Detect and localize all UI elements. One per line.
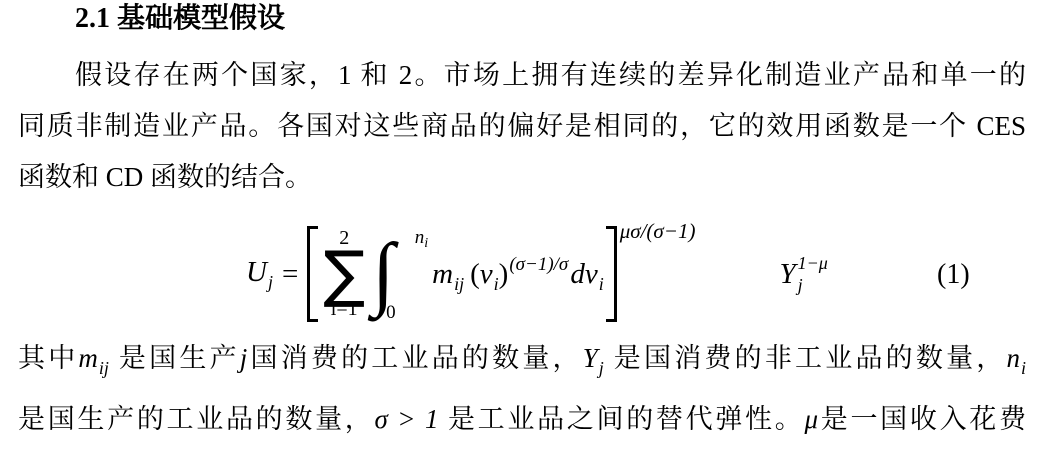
m-inline-subscript: ij xyxy=(99,358,109,378)
text-segment: 其中 xyxy=(18,343,78,373)
section-heading: 2.1 基础模型假设 xyxy=(75,2,285,36)
Y-superscript: 1−μ xyxy=(798,253,828,275)
mu-inline-variable: μ xyxy=(804,404,818,434)
Y-inline-variable: Y xyxy=(583,343,598,373)
summation-term: 2 ∑ i=1 xyxy=(323,228,365,321)
paragraph1-line2: 同质非制造业产品。各国对这些商品的偏好是相同的，它的效用函数是一个 CES xyxy=(18,108,1026,144)
outer-exponent: μσ/(σ−1) xyxy=(620,221,696,242)
integral-lower-limit: 0 xyxy=(386,303,396,322)
integral-term: ∫ ni 0 xyxy=(370,220,430,328)
n-inline-subscript: i xyxy=(1021,358,1026,378)
text-segment: 是一国收入花费 xyxy=(818,404,1026,434)
text-segment: 是国生产的工业品的数量， xyxy=(18,404,375,434)
equals-sign: = xyxy=(282,260,298,289)
n-inline-variable: n xyxy=(1007,343,1021,373)
inner-exponent: (σ−1)/σ xyxy=(509,254,568,275)
text-segment: 是工业品之间的替代弹性。 xyxy=(439,404,805,434)
paragraph2-line2: 是国生产的工业品的数量，σ > 1 是工业品之间的替代弹性。μ是一国收入花费 xyxy=(18,401,1026,437)
open-paren: ( xyxy=(470,258,480,290)
m-inline-variable: m xyxy=(78,343,98,373)
close-paren: ) xyxy=(499,258,509,290)
Y-subscript: j xyxy=(798,275,803,297)
lhs-term: Uj xyxy=(246,258,273,291)
integrand: mij(vi)(σ−1)/σdvi xyxy=(432,255,604,293)
m-variable: m xyxy=(432,258,453,290)
left-bracket xyxy=(307,226,318,322)
Y-term: Y 1−μ j xyxy=(779,252,827,295)
differential-subscript: i xyxy=(599,274,604,294)
n-subscript: i xyxy=(424,236,428,251)
sigma-condition: σ > 1 xyxy=(375,404,439,434)
paragraph2-line1: 其中mij 是国生产j国消费的工业品的数量，Yj 是国消费的非工业品的数量，ni xyxy=(18,340,1026,386)
v-variable: v xyxy=(480,258,493,290)
U-variable: U xyxy=(246,256,267,288)
right-bracket xyxy=(606,226,617,322)
paragraph1-line3: 函数和 CD 函数的结合。 xyxy=(18,159,312,195)
equation-body: Uj = 2 ∑ i=1 ∫ ni 0 mij(vi)(σ−1)/σdvi μσ… xyxy=(246,218,828,330)
n-variable: n xyxy=(415,227,425,248)
integral-upper-limit: ni xyxy=(415,228,428,251)
document-page: 2.1 基础模型假设 假设存在两个国家，1 和 2。市场上拥有连续的差异化制造业… xyxy=(0,0,1039,459)
Y-variable: Y xyxy=(779,260,795,289)
text-segment: 是国生产 xyxy=(109,343,240,373)
differential-variable: dv xyxy=(570,258,597,290)
Y-scripts: 1−μ j xyxy=(798,253,828,296)
U-subscript: j xyxy=(268,272,273,292)
equation-number: (1) xyxy=(937,257,970,293)
text-segment: 是国消费的非工业品的数量， xyxy=(604,343,1007,373)
summation-icon: ∑ xyxy=(323,249,365,300)
text-segment: 国消费的工业品的数量， xyxy=(247,343,583,373)
m-subscript: ij xyxy=(454,274,464,294)
sum-lower-limit: i=1 xyxy=(331,299,358,320)
paragraph1-line1: 假设存在两个国家，1 和 2。市场上拥有连续的差异化制造业产品和单一的 xyxy=(75,57,1026,93)
